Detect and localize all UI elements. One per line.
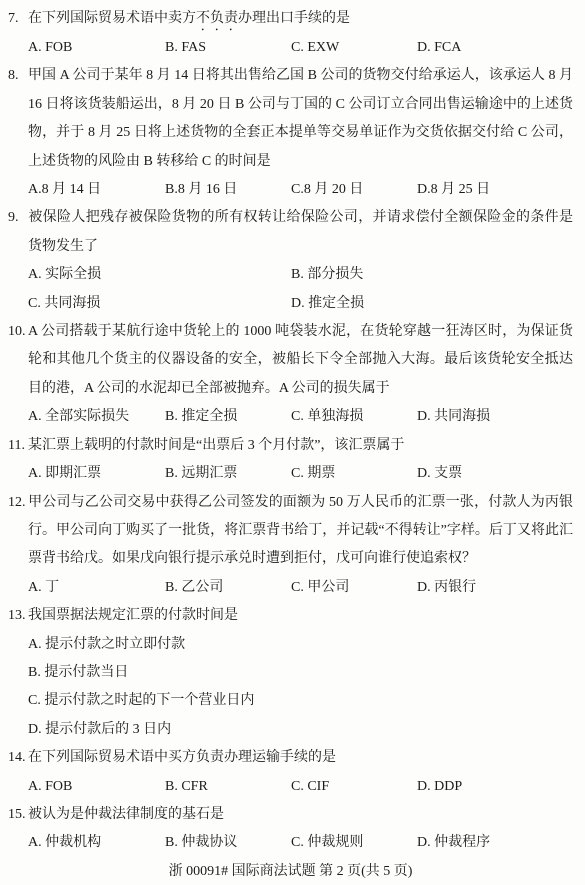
option: B.8 月 16 日: [165, 176, 291, 204]
option: C.8 月 20 日: [291, 176, 417, 204]
option: C. EXW: [291, 34, 417, 62]
question-text-segment: 我国票据法规定汇票的付款时间是: [28, 608, 238, 623]
option: A. 全部实际损失: [28, 403, 165, 431]
question-text: 14.在下列国际贸易术语中买方负责办理运输手续的是: [8, 744, 573, 772]
emphasized-text: 不负责: [196, 11, 238, 26]
question-number: 7.: [8, 5, 28, 33]
question-text-segment: 被认为是仲裁法律制度的基石是: [28, 807, 224, 822]
question-number: 15.: [8, 801, 28, 829]
option: B. 提示付款当日: [28, 659, 573, 687]
option: A. 实际全损: [28, 261, 291, 289]
option: C. 单独海损: [291, 403, 417, 431]
option: D. 仲裁程序: [417, 829, 573, 857]
question-8: 8.甲国 A 公司于某年 8 月 14 日将其出售给乙国 B 公司的货物交付给承…: [8, 62, 573, 204]
option: D. 推定全损: [291, 290, 573, 318]
options-row: A. 仲裁机构B. 仲裁协议C. 仲裁规则D. 仲裁程序: [28, 829, 573, 857]
option: A. 提示付款之时立即付款: [28, 631, 573, 659]
option: D.8 月 25 日: [417, 176, 573, 204]
question-text-segment: 被保险人把残存被保险货物的所有权转让给保险公司，并请求偿付全额保险金的条件是货物…: [28, 210, 573, 253]
options-row: A. 即期汇票B. 远期汇票C. 期票D. 支票: [28, 460, 573, 488]
option: A. 仲裁机构: [28, 829, 165, 857]
question-number: 11.: [8, 432, 28, 460]
question-text: 15.被认为是仲裁法律制度的基石是: [8, 801, 573, 829]
option: D. 提示付款后的 3 日内: [28, 716, 573, 744]
options-row: A.8 月 14 日B.8 月 16 日C.8 月 20 日D.8 月 25 日: [28, 176, 573, 204]
option: A.8 月 14 日: [28, 176, 165, 204]
option: C. CIF: [291, 773, 417, 801]
question-text-segment: 甲国 A 公司于某年 8 月 14 日将其出售给乙国 B 公司的货物交付给承运人…: [28, 68, 573, 168]
option: D. DDP: [417, 773, 573, 801]
question-text-segment: 在下列国际贸易术语中卖方: [28, 11, 196, 26]
option: D. 共同海损: [417, 403, 573, 431]
question-text: 13.我国票据法规定汇票的付款时间是: [8, 602, 573, 630]
question-text: 7.在下列国际贸易术语中卖方不负责办理出口手续的是: [8, 5, 573, 34]
option: C. 甲公司: [291, 574, 417, 602]
question-15: 15.被认为是仲裁法律制度的基石是A. 仲裁机构B. 仲裁协议C. 仲裁规则D.…: [8, 801, 573, 858]
option: A. 丁: [28, 574, 165, 602]
options-row: A. 丁B. 乙公司C. 甲公司D. 丙银行: [28, 574, 573, 602]
option: A. FOB: [28, 34, 165, 62]
option: C. 共同海损: [28, 290, 291, 318]
question-9: 9.被保险人把残存被保险货物的所有权转让给保险公司，并请求偿付全额保险金的条件是…: [8, 204, 573, 318]
question-7: 7.在下列国际贸易术语中卖方不负责办理出口手续的是A. FOBB. FASC. …: [8, 5, 573, 62]
option: B. 仲裁协议: [165, 829, 291, 857]
option: B. 推定全损: [165, 403, 291, 431]
option: C. 仲裁规则: [291, 829, 417, 857]
option: A. 即期汇票: [28, 460, 165, 488]
question-list: 7.在下列国际贸易术语中卖方不负责办理出口手续的是A. FOBB. FASC. …: [8, 5, 573, 858]
question-text-segment: 甲公司与乙公司交易中获得乙公司签发的面额为 50 万人民币的汇票一张，付款人为丙…: [28, 495, 573, 567]
options-row: A. 全部实际损失B. 推定全损C. 单独海损D. 共同海损: [28, 403, 573, 431]
question-14: 14.在下列国际贸易术语中买方负责办理运输手续的是A. FOBB. CFRC. …: [8, 744, 573, 801]
option: C. 提示付款之时起的下一个营业日内: [28, 687, 573, 715]
page-footer: 浙 00091# 国际商法试题 第 2 页(共 5 页): [8, 858, 573, 885]
question-text-segment: A 公司搭载于某航行途中货轮上的 1000 吨袋装水泥，在货轮穿越一狂涛区时，为…: [28, 324, 573, 396]
question-12: 12.甲公司与乙公司交易中获得乙公司签发的面额为 50 万人民币的汇票一张，付款…: [8, 489, 573, 603]
question-number: 12.: [8, 489, 28, 517]
option: B. 远期汇票: [165, 460, 291, 488]
question-text: 9.被保险人把残存被保险货物的所有权转让给保险公司，并请求偿付全额保险金的条件是…: [8, 204, 573, 261]
option: D. 丙银行: [417, 574, 573, 602]
option: C. 期票: [291, 460, 417, 488]
option: A. FOB: [28, 773, 165, 801]
option: D. 支票: [417, 460, 573, 488]
option: D. FCA: [417, 34, 573, 62]
question-10: 10.A 公司搭载于某航行途中货轮上的 1000 吨袋装水泥，在货轮穿越一狂涛区…: [8, 318, 573, 432]
question-number: 10.: [8, 318, 28, 346]
question-number: 14.: [8, 744, 28, 772]
option: B. 部分损失: [291, 261, 573, 289]
question-text: 10.A 公司搭载于某航行途中货轮上的 1000 吨袋装水泥，在货轮穿越一狂涛区…: [8, 318, 573, 403]
option: B. FAS: [165, 34, 291, 62]
question-13: 13.我国票据法规定汇票的付款时间是A. 提示付款之时立即付款B. 提示付款当日…: [8, 602, 573, 744]
question-text-segment: 办理出口手续的是: [238, 11, 350, 26]
options-row: A. FOBB. CFRC. CIFD. DDP: [28, 773, 573, 801]
options-row: A. 实际全损B. 部分损失C. 共同海损D. 推定全损: [28, 261, 573, 318]
question-number: 9.: [8, 204, 28, 232]
option: B. 乙公司: [165, 574, 291, 602]
options-row: A. 提示付款之时立即付款B. 提示付款当日C. 提示付款之时起的下一个营业日内…: [28, 631, 573, 745]
question-text-segment: 在下列国际贸易术语中买方负责办理运输手续的是: [28, 750, 336, 765]
exam-paper-page: 7.在下列国际贸易术语中卖方不负责办理出口手续的是A. FOBB. FASC. …: [0, 0, 585, 885]
question-text-segment: 某汇票上载明的付款时间是“出票后 3 个月付款”，该汇票属于: [28, 438, 404, 453]
question-number: 13.: [8, 602, 28, 630]
options-row: A. FOBB. FASC. EXWD. FCA: [28, 34, 573, 62]
question-number: 8.: [8, 62, 28, 90]
question-text: 11.某汇票上载明的付款时间是“出票后 3 个月付款”，该汇票属于: [8, 432, 573, 460]
question-text: 12.甲公司与乙公司交易中获得乙公司签发的面额为 50 万人民币的汇票一张，付款…: [8, 489, 573, 574]
option: B. CFR: [165, 773, 291, 801]
question-text: 8.甲国 A 公司于某年 8 月 14 日将其出售给乙国 B 公司的货物交付给承…: [8, 62, 573, 176]
question-11: 11.某汇票上载明的付款时间是“出票后 3 个月付款”，该汇票属于A. 即期汇票…: [8, 432, 573, 489]
